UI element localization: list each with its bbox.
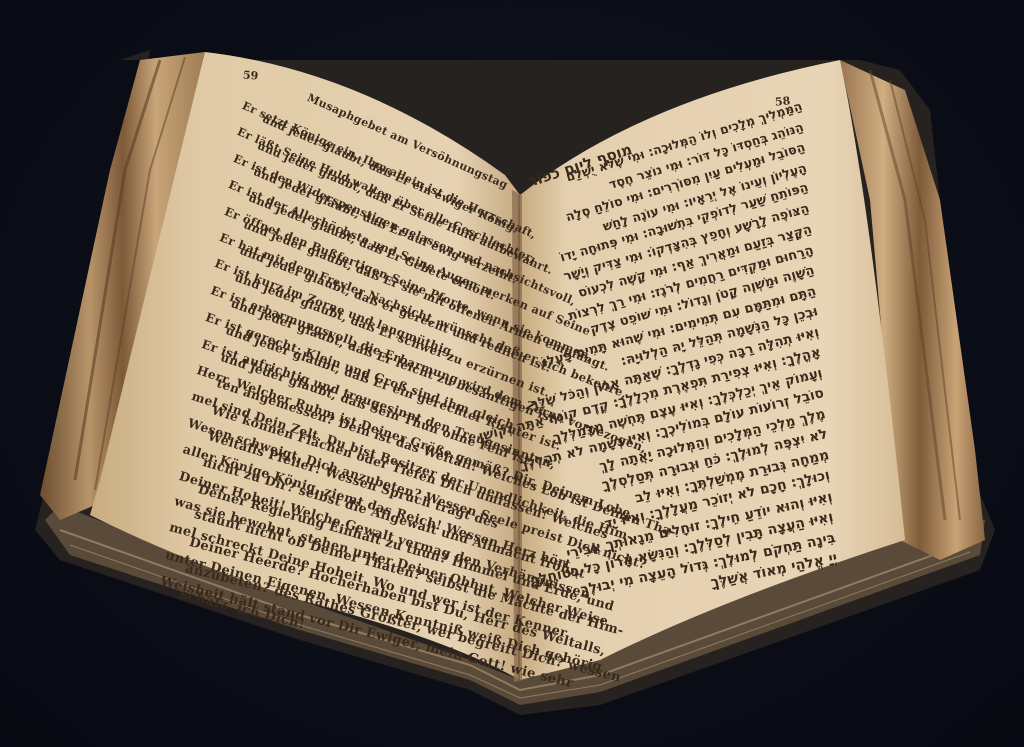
right-page-text: 58 מוסף ליום כפור הַמַּמְלִיךְ מְלָכִים … — [0, 0, 1024, 747]
